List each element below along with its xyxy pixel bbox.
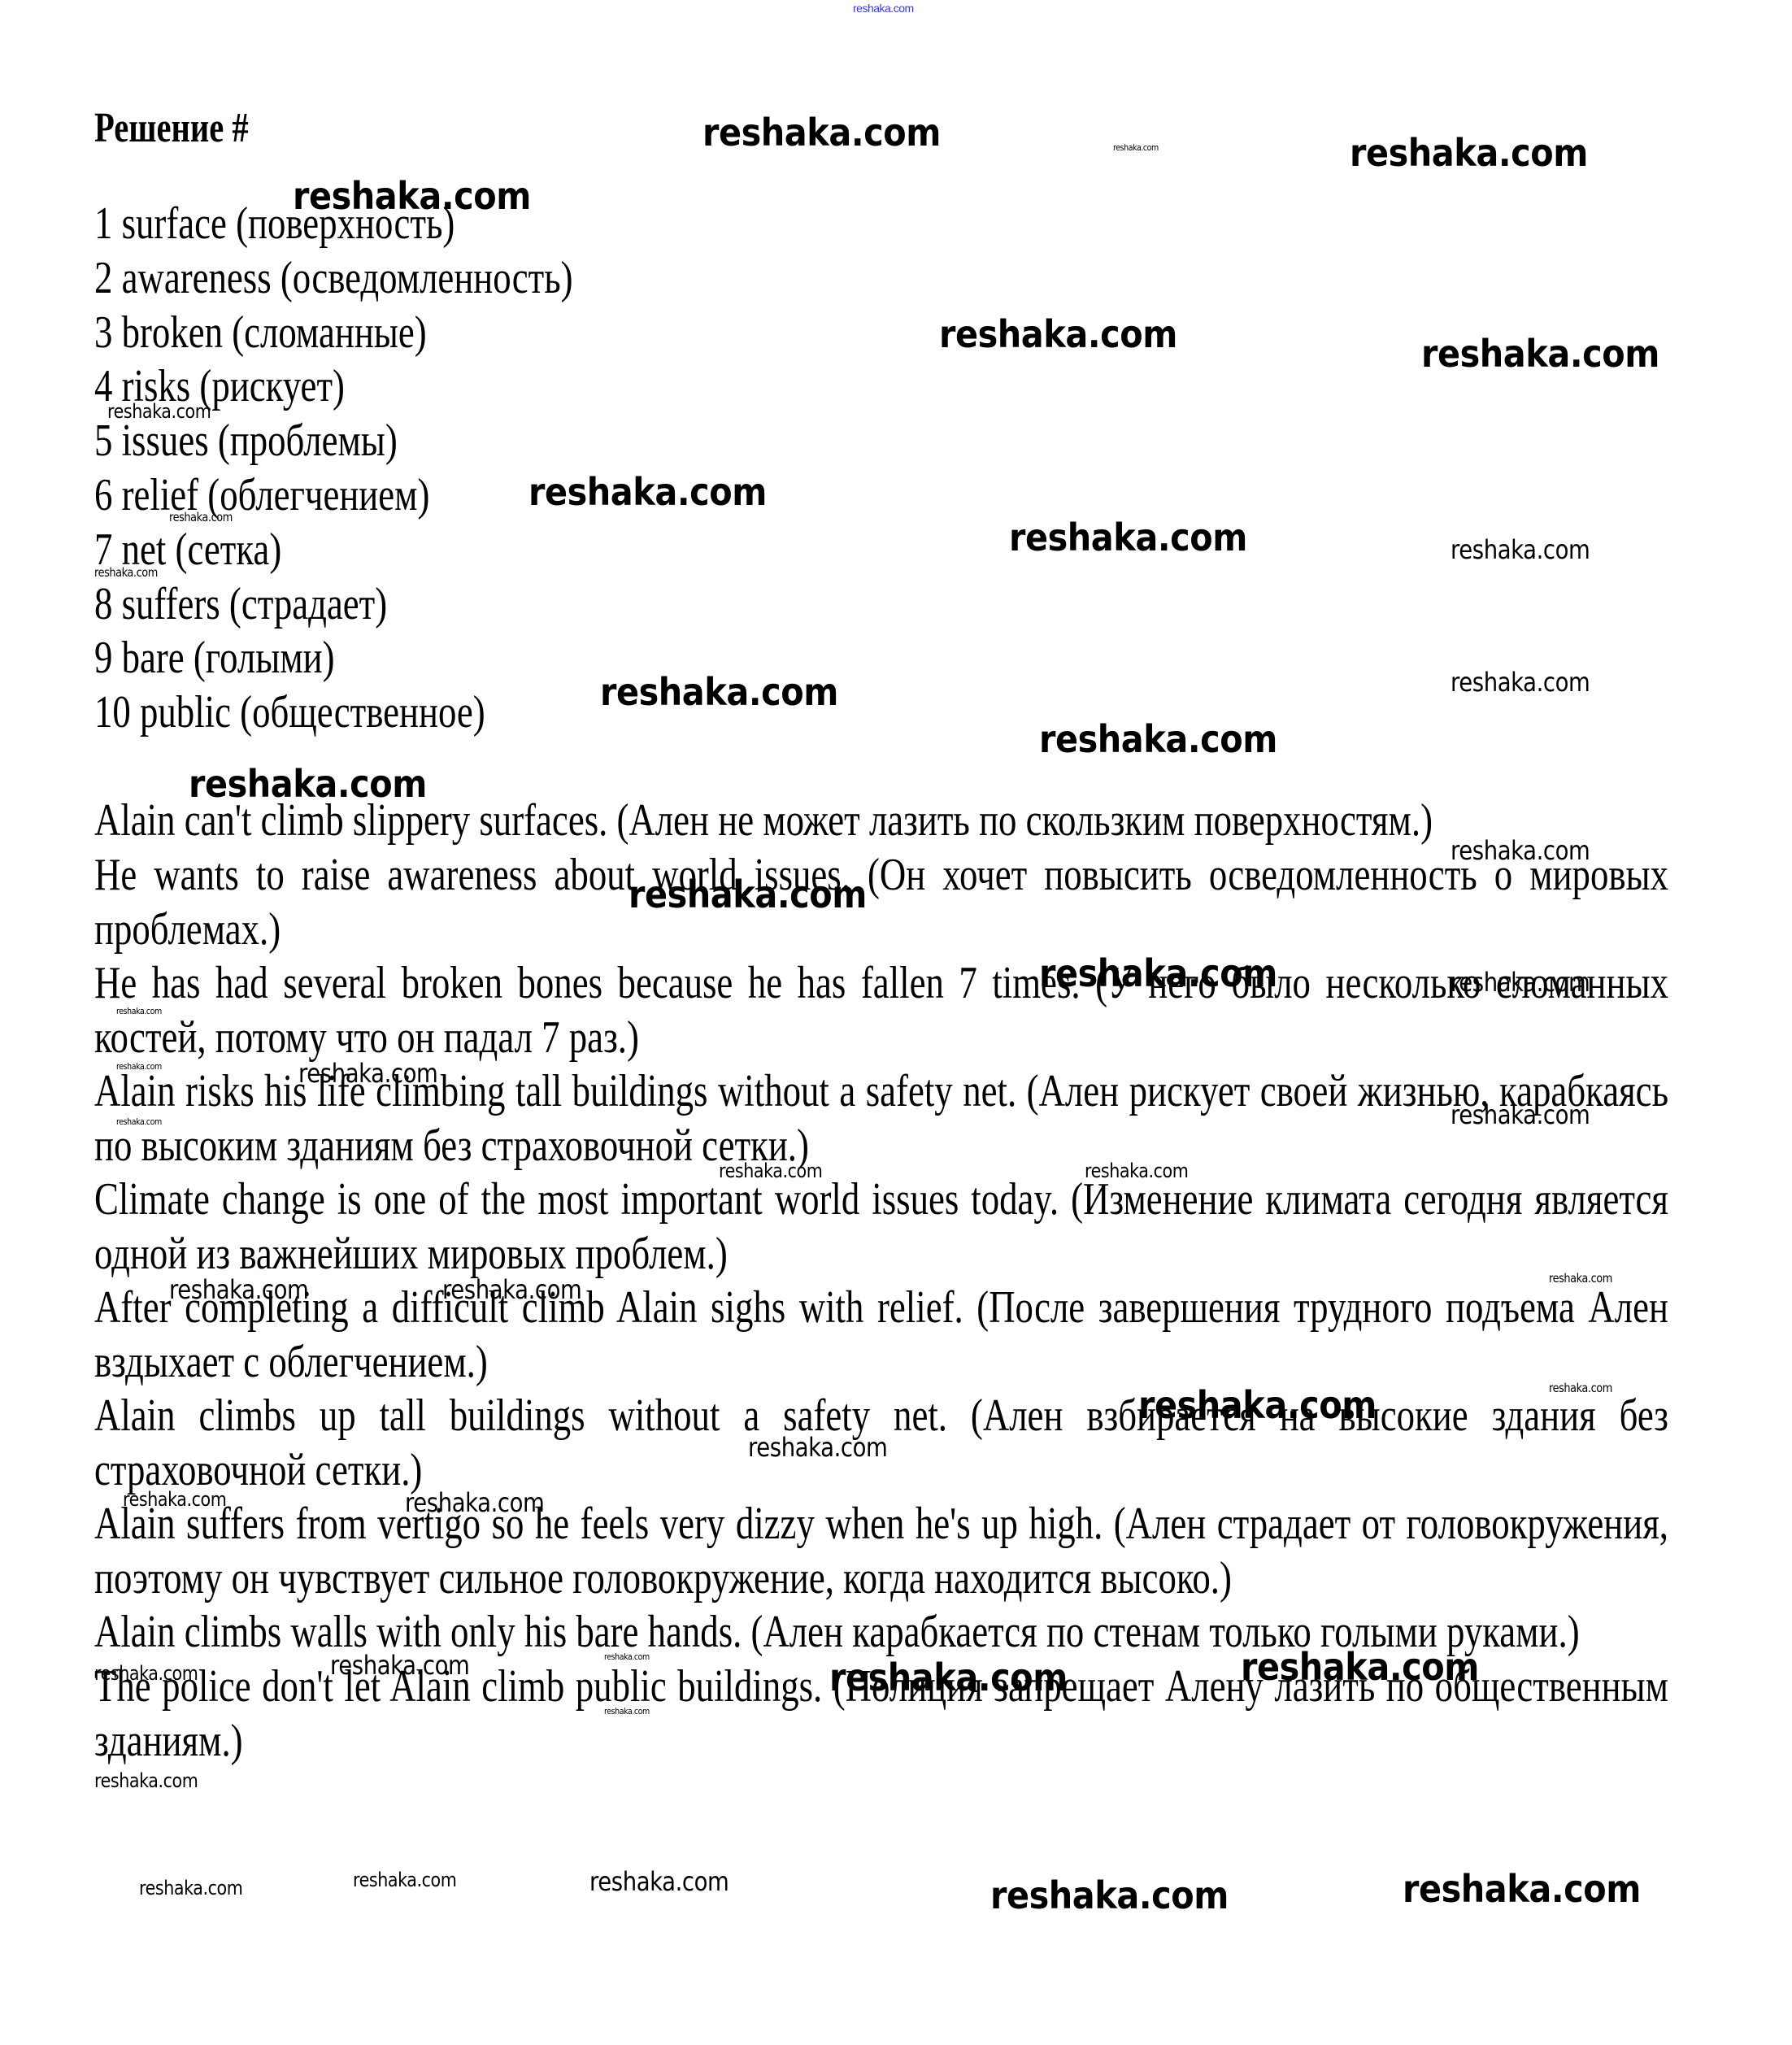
- watermark: reshaka.com: [748, 1434, 887, 1460]
- watermark: reshaka.com: [94, 567, 158, 579]
- answer-item: 6 relief (облегчением): [94, 468, 573, 523]
- watermark: reshaka.com: [1241, 1648, 1479, 1686]
- watermark: reshaka.com: [990, 1877, 1229, 1914]
- top-site-link[interactable]: reshaka.com: [853, 2, 914, 15]
- watermark: reshaka.com: [94, 1771, 198, 1790]
- watermark: reshaka.com: [939, 315, 1177, 353]
- watermark: reshaka.com: [298, 1060, 437, 1086]
- watermark: reshaka.com: [116, 1062, 162, 1071]
- watermark: reshaka.com: [1549, 1273, 1612, 1285]
- watermark: reshaka.com: [1350, 134, 1588, 172]
- watermark: reshaka.com: [1009, 519, 1247, 556]
- example-sentence: Alain suffers from vertigo so he feels v…: [94, 1497, 1668, 1605]
- watermark: reshaka.com: [123, 1490, 226, 1509]
- watermark: reshaka.com: [1403, 1870, 1641, 1908]
- watermark: reshaka.com: [293, 177, 531, 215]
- watermark: reshaka.com: [1421, 335, 1659, 372]
- watermark: reshaka.com: [94, 1664, 198, 1683]
- answer-item: 10 public (общественное): [94, 685, 573, 740]
- watermark: reshaka.com: [829, 1659, 1068, 1696]
- watermark: reshaka.com: [702, 114, 941, 151]
- example-sentence: After completing a difficult climb Alain…: [94, 1281, 1668, 1389]
- watermark: reshaka.com: [116, 1117, 162, 1126]
- watermark: reshaka.com: [139, 1878, 242, 1898]
- watermark: reshaka.com: [1451, 969, 1590, 995]
- watermark: reshaka.com: [1039, 720, 1277, 758]
- answer-item: 2 awareness (осведомленность): [94, 251, 573, 306]
- watermark: reshaka.com: [604, 1652, 650, 1661]
- answer-item: 9 bare (голыми): [94, 631, 573, 685]
- watermark: reshaka.com: [116, 1007, 162, 1016]
- watermark: reshaka.com: [600, 673, 838, 711]
- watermark: reshaka.com: [1113, 143, 1159, 152]
- watermark: reshaka.com: [107, 402, 211, 421]
- watermark: reshaka.com: [330, 1652, 469, 1678]
- answer-item: 8 suffers (страдает): [94, 577, 573, 632]
- answer-item: 7 net (сетка): [94, 523, 573, 577]
- example-sentence: Climate change is one of the most import…: [94, 1173, 1668, 1281]
- watermark: reshaka.com: [405, 1490, 544, 1516]
- page-title: Решение #: [94, 104, 249, 152]
- watermark: reshaka.com: [719, 1161, 822, 1181]
- watermark: reshaka.com: [604, 1707, 650, 1716]
- answer-item: 3 broken (сломанные): [94, 306, 573, 360]
- watermark: reshaka.com: [1451, 669, 1590, 695]
- watermark: reshaka.com: [1451, 838, 1590, 864]
- watermark: reshaka.com: [1451, 1102, 1590, 1128]
- watermark: reshaka.com: [528, 473, 767, 511]
- watermark: reshaka.com: [189, 765, 427, 803]
- watermark: reshaka.com: [169, 1277, 308, 1303]
- example-sentence: He has had several broken bones because …: [94, 956, 1668, 1064]
- watermark: reshaka.com: [1039, 955, 1277, 992]
- watermark: reshaka.com: [629, 876, 867, 913]
- document-page: reshaka.com Решение # 1 surface (поверхн…: [0, 0, 1792, 2045]
- example-sentence: He wants to raise awareness about world …: [94, 848, 1668, 956]
- watermark: reshaka.com: [169, 511, 233, 524]
- watermark: reshaka.com: [1138, 1386, 1377, 1424]
- watermark: reshaka.com: [1085, 1161, 1188, 1181]
- answer-list: 1 surface (поверхность) 2 awareness (осв…: [94, 197, 693, 740]
- watermark: reshaka.com: [589, 1869, 729, 1895]
- watermark: reshaka.com: [353, 1870, 456, 1890]
- watermark: reshaka.com: [1451, 537, 1590, 563]
- watermark: reshaka.com: [1549, 1382, 1612, 1395]
- watermark: reshaka.com: [442, 1277, 581, 1303]
- example-sentences: Alain can't climb slippery surfaces. (Ал…: [94, 794, 1668, 1768]
